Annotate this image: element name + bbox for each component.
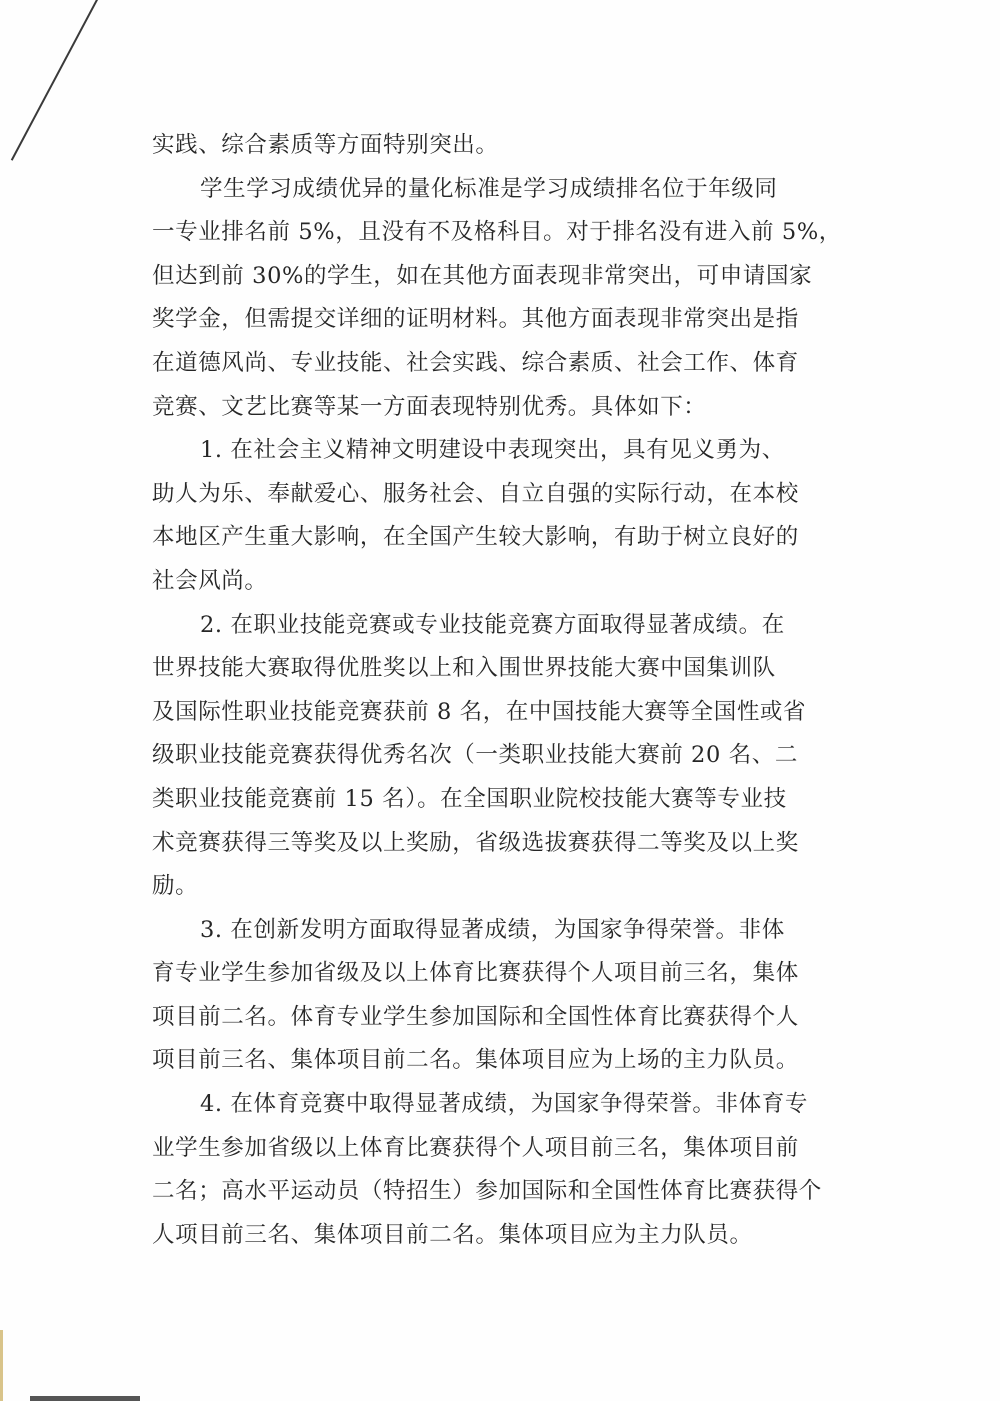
page-edge-shadow bbox=[0, 1330, 3, 1401]
document-body: 实践、综合素质等方面特别突出。 学生学习成绩优异的量化标准是学习成绩排名位于年级… bbox=[152, 124, 854, 1257]
paragraph-item-1: 1. 在社会主义精神文明建设中表现突出，具有见义勇为、 助人为乐、奉献爱心、服务… bbox=[152, 429, 854, 603]
text-line: 但达到前 30%的学生，如在其他方面表现非常突出，可申请国家 bbox=[152, 255, 854, 299]
text-line: 项目前三名、集体项目前二名。集体项目应为上场的主力队员。 bbox=[152, 1039, 854, 1083]
text-line: 及国际性职业技能竞赛获前 8 名，在中国技能大赛等全国性或省 bbox=[152, 691, 854, 735]
text-line: 1. 在社会主义精神文明建设中表现突出，具有见义勇为、 bbox=[152, 429, 854, 473]
paragraph-intro-tail: 实践、综合素质等方面特别突出。 bbox=[152, 124, 854, 168]
page-bottom-edge bbox=[30, 1396, 140, 1401]
text-line: 级职业技能竞赛获得优秀名次（一类职业技能大赛前 20 名、二 bbox=[152, 734, 854, 778]
text-line: 一专业排名前 5%，且没有不及格科目。对于排名没有进入前 5%， bbox=[152, 211, 854, 255]
text-line: 二名；高水平运动员（特招生）参加国际和全国性体育比赛获得个 bbox=[152, 1170, 854, 1214]
text-line: 实践、综合素质等方面特别突出。 bbox=[152, 124, 854, 168]
text-line: 2. 在职业技能竞赛或专业技能竞赛方面取得显著成绩。在 bbox=[152, 604, 854, 648]
text-line: 项目前二名。体育专业学生参加国际和全国性体育比赛获得个人 bbox=[152, 996, 854, 1040]
text-line: 竞赛、文艺比赛等某一方面表现特别优秀。具体如下： bbox=[152, 386, 854, 430]
text-line: 4. 在体育竞赛中取得显著成绩，为国家争得荣誉。非体育专 bbox=[152, 1083, 854, 1127]
corner-fold-line bbox=[11, 0, 102, 161]
text-line: 学生学习成绩优异的量化标准是学习成绩排名位于年级同 bbox=[152, 168, 854, 212]
text-line: 在道德风尚、专业技能、社会实践、综合素质、社会工作、体育 bbox=[152, 342, 854, 386]
text-line: 助人为乐、奉献爱心、服务社会、自立自强的实际行动，在本校 bbox=[152, 473, 854, 517]
paragraph-item-4: 4. 在体育竞赛中取得显著成绩，为国家争得荣誉。非体育专 业学生参加省级以上体育… bbox=[152, 1083, 854, 1257]
paragraph-quant-standard: 学生学习成绩优异的量化标准是学习成绩排名位于年级同 一专业排名前 5%，且没有不… bbox=[152, 168, 854, 430]
text-line: 励。 bbox=[152, 865, 854, 909]
text-line: 世界技能大赛取得优胜奖以上和入围世界技能大赛中国集训队 bbox=[152, 647, 854, 691]
text-line: 类职业技能竞赛前 15 名）。在全国职业院校技能大赛等专业技 bbox=[152, 778, 854, 822]
text-line: 本地区产生重大影响，在全国产生较大影响，有助于树立良好的 bbox=[152, 516, 854, 560]
paragraph-item-2: 2. 在职业技能竞赛或专业技能竞赛方面取得显著成绩。在 世界技能大赛取得优胜奖以… bbox=[152, 604, 854, 909]
text-line: 奖学金，但需提交详细的证明材料。其他方面表现非常突出是指 bbox=[152, 298, 854, 342]
paragraph-item-3: 3. 在创新发明方面取得显著成绩，为国家争得荣誉。非体 育专业学生参加省级及以上… bbox=[152, 909, 854, 1083]
scanned-page: 实践、综合素质等方面特别突出。 学生学习成绩优异的量化标准是学习成绩排名位于年级… bbox=[0, 0, 1000, 1401]
text-line: 社会风尚。 bbox=[152, 560, 854, 604]
text-line: 人项目前三名、集体项目前二名。集体项目应为主力队员。 bbox=[152, 1214, 854, 1258]
text-line: 术竞赛获得三等奖及以上奖励，省级选拔赛获得二等奖及以上奖 bbox=[152, 822, 854, 866]
text-line: 3. 在创新发明方面取得显著成绩，为国家争得荣誉。非体 bbox=[152, 909, 854, 953]
text-line: 育专业学生参加省级及以上体育比赛获得个人项目前三名，集体 bbox=[152, 952, 854, 996]
text-line: 业学生参加省级以上体育比赛获得个人项目前三名，集体项目前 bbox=[152, 1127, 854, 1171]
